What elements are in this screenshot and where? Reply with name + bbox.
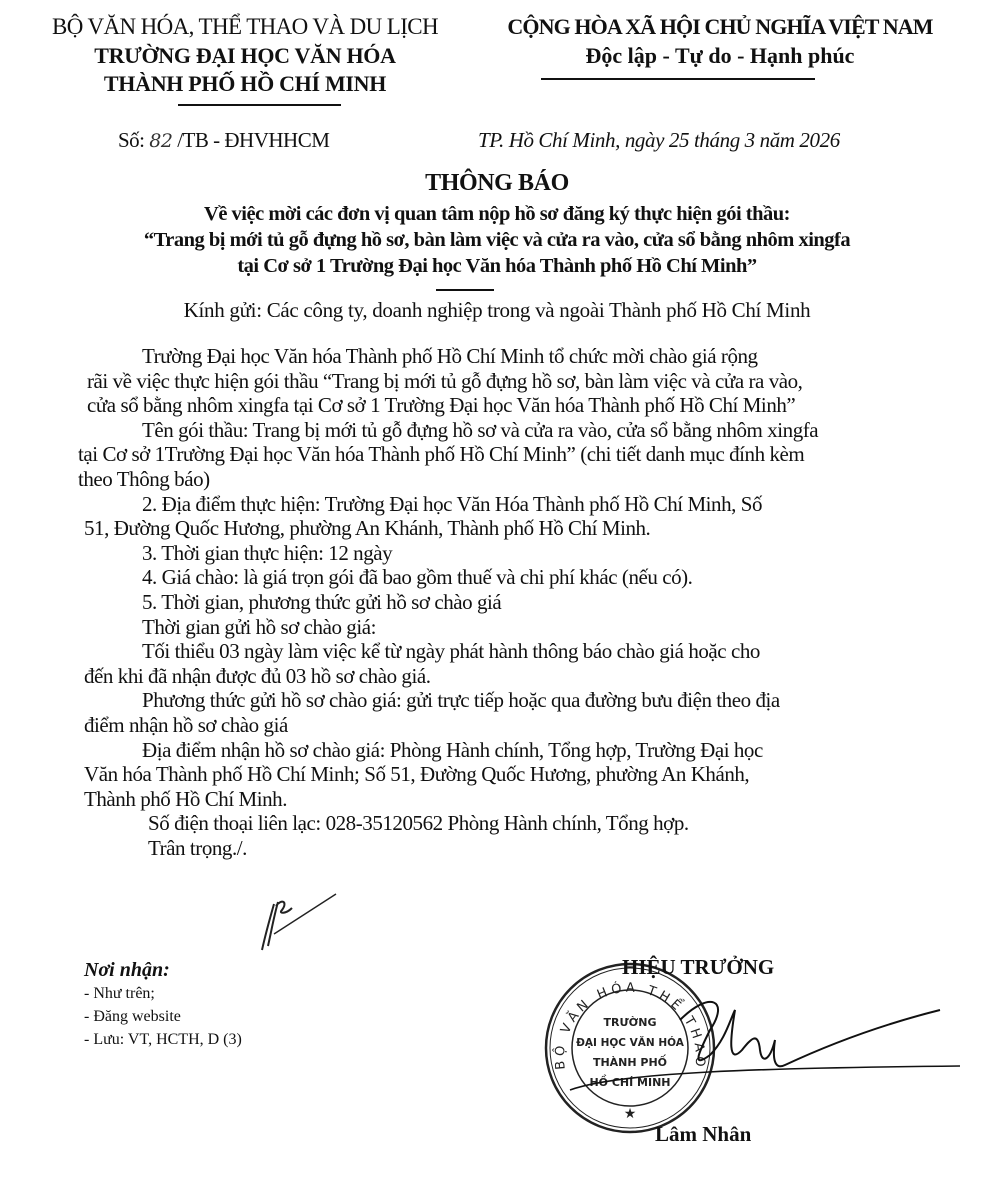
recipients-block: Nơi nhận: - Như trên; - Đăng website - L… <box>84 958 242 1051</box>
body-line: Văn hóa Thành phố Hồ Chí Minh; Số 51, Đư… <box>84 762 964 787</box>
number-code: /TB - ĐHVHHCM <box>177 128 329 152</box>
body-line: Trường Đại học Văn hóa Thành phố Hồ Chí … <box>84 344 964 369</box>
body-line: rãi về việc thực hiện gói thầu “Trang bị… <box>84 369 964 394</box>
body-line: đến khi đã nhận được đủ 03 hồ sơ chào gi… <box>84 664 964 689</box>
body-line: cửa sổ bằng nhôm xingfa tại Cơ sở 1 Trườ… <box>84 393 964 418</box>
initials-signature-icon <box>240 888 350 958</box>
national-header: CỘNG HÒA XÃ HỘI CHỦ NGHĨA VIỆT NAM Độc l… <box>455 12 985 70</box>
recipient-item: - Như trên; <box>84 982 242 1005</box>
body-line: 3. Thời gian thực hiện: 12 ngày <box>84 541 964 566</box>
motto-underline <box>541 78 815 80</box>
body-line: tại Cơ sở 1Trường Đại học Văn hóa Thành … <box>78 442 964 467</box>
agency-underline <box>178 104 341 106</box>
subject-line-1: Về việc mời các đơn vị quan tâm nộp hồ s… <box>0 201 994 227</box>
ministry-name: BỘ VĂN HÓA, THỂ THAO VÀ DU LỊCH <box>40 12 450 42</box>
body-line: Thời gian gửi hồ sơ chào giá: <box>84 615 964 640</box>
recipient-item: - Lưu: VT, HCTH, D (3) <box>84 1028 242 1051</box>
body-line: Tối thiểu 03 ngày làm việc kể từ ngày ph… <box>84 639 964 664</box>
body-line: Tên gói thầu: Trang bị mới tủ gỗ đựng hồ… <box>84 418 964 443</box>
national-motto: Độc lập - Tự do - Hạnh phúc <box>455 42 985 70</box>
body-line: 2. Địa điểm thực hiện: Trường Đại học Vă… <box>84 492 964 517</box>
recipient-item: - Đăng website <box>84 1005 242 1028</box>
handwritten-number: 82 <box>149 130 172 152</box>
body-line: 4. Giá chào: là giá trọn gói đã bao gồm … <box>84 565 964 590</box>
body-line: Địa điểm nhận hồ sơ chào giá: Phòng Hành… <box>84 738 964 763</box>
body-line: 51, Đường Quốc Hương, phường An Khánh, T… <box>84 516 964 541</box>
body-line: Thành phố Hồ Chí Minh. <box>84 787 964 812</box>
body-line: Phương thức gửi hồ sơ chào giá: gửi trực… <box>84 688 964 713</box>
number-label: Số: <box>118 128 145 152</box>
body-line: theo Thông báo) <box>78 467 964 492</box>
body-line: 5. Thời gian, phương thức gửi hồ sơ chào… <box>84 590 964 615</box>
body-line: Số điện thoại liên lạc: 028-35120562 Phò… <box>84 811 964 836</box>
issue-date: TP. Hồ Chí Minh, ngày 25 tháng 3 năm 202… <box>478 128 840 153</box>
school-name-line2: THÀNH PHỐ HỒ CHÍ MINH <box>40 70 450 98</box>
document-title: THÔNG BÁO <box>0 170 994 197</box>
issuing-agency: BỘ VĂN HÓA, THỂ THAO VÀ DU LỊCH TRƯỜNG Đ… <box>40 12 450 98</box>
handwritten-signature-icon <box>560 980 980 1110</box>
body-line: điểm nhận hồ sơ chào giá <box>84 713 964 738</box>
subject-line-2: “Trang bị mới tủ gỗ đựng hồ sơ, bàn làm … <box>0 227 994 253</box>
subject-line-3: tại Cơ sở 1 Trường Đại học Văn hóa Thành… <box>0 253 994 279</box>
country-name: CỘNG HÒA XÃ HỘI CHỦ NGHĨA VIỆT NAM <box>455 12 985 42</box>
recipients-heading: Nơi nhận: <box>84 958 242 982</box>
school-name-line1: TRƯỜNG ĐẠI HỌC VĂN HÓA <box>40 42 450 70</box>
signer-name: Lâm Nhân <box>655 1122 751 1147</box>
document-number: Số: 82 /TB - ĐHVHHCM <box>118 128 329 153</box>
signer-title: HIỆU TRƯỞNG <box>622 955 774 980</box>
recipient-line: Kính gửi: Các công ty, doanh nghiệp tron… <box>0 298 994 323</box>
notice-body: Trường Đại học Văn hóa Thành phố Hồ Chí … <box>84 344 964 860</box>
title-divider <box>436 289 494 291</box>
closing-line: Trân trọng./. <box>84 836 964 861</box>
